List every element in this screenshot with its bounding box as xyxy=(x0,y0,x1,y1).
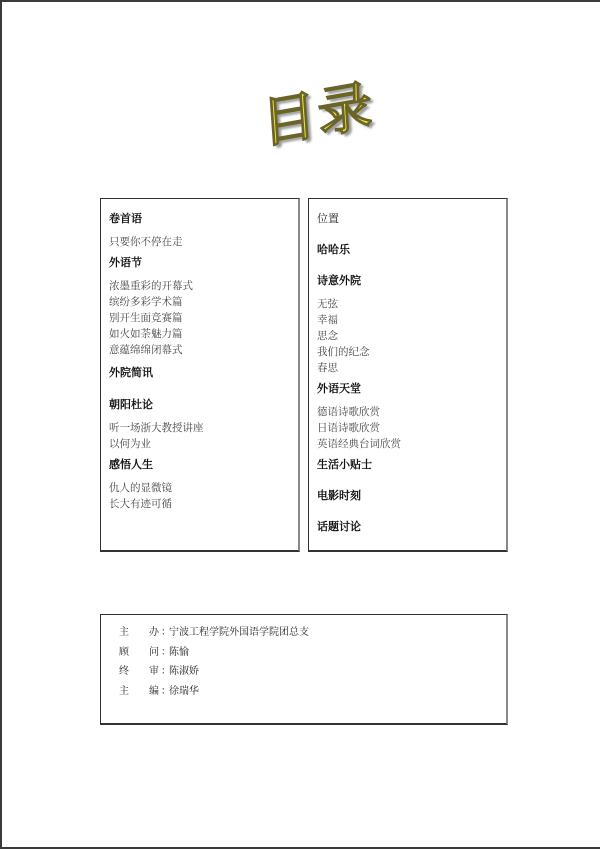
toc-section: 卷首语 只要你不停在走 xyxy=(109,211,204,250)
toc-item: 缤纷多彩学术篇 xyxy=(109,294,204,310)
toc-item: 长大有迹可循 xyxy=(109,496,204,512)
staff-value: 陈淑娇 xyxy=(169,662,199,682)
toc-item: 思念 xyxy=(317,328,401,344)
colon: ： xyxy=(161,662,169,682)
section-heading: 话题讨论 xyxy=(317,519,401,535)
staff-role-char: 审 xyxy=(149,662,161,682)
toc-section: 感悟人生 仇人的显微镜 长大有迹可循 xyxy=(109,457,204,512)
toc-item: 仇人的显微镜 xyxy=(109,480,204,496)
colon: ： xyxy=(161,623,169,643)
toc-item: 无弦 xyxy=(317,296,401,312)
staff-role-char: 编 xyxy=(149,682,161,702)
toc-item: 德语诗歌欣赏 xyxy=(317,404,401,420)
toc-section: 生活小贴士 xyxy=(317,457,401,473)
staff-value: 陈愉 xyxy=(169,643,189,663)
staff-role-char: 主 xyxy=(119,623,149,643)
toc-section: 哈哈乐 xyxy=(317,242,401,258)
staff-credits-box: 主 办 ： 宁波工程学院外国语学院团总支 顾 问 ： 陈愉 终 审 ： 陈淑娇 … xyxy=(100,614,508,725)
section-heading: 位置 xyxy=(317,211,401,227)
toc-item: 以何为业 xyxy=(109,436,204,452)
section-heading: 诗意外院 xyxy=(317,273,401,289)
toc-item: 春思 xyxy=(317,360,401,376)
toc-left-box: 卷首语 只要你不停在走 外语节 浓墨重彩的开幕式 缤纷多彩学术篇 别开生面竞赛篇… xyxy=(100,198,300,552)
toc-left-column: 卷首语 只要你不停在走 外语节 浓墨重彩的开幕式 缤纷多彩学术篇 别开生面竞赛篇… xyxy=(109,211,204,512)
staff-row-editor: 主 编 ： 徐瑞华 xyxy=(119,682,309,702)
toc-section: 话题讨论 xyxy=(317,519,401,535)
staff-row-sponsor: 主 办 ： 宁波工程学院外国语学院团总支 xyxy=(119,623,309,643)
toc-section: 外院简讯 xyxy=(109,365,204,381)
toc-section: 外语天堂 德语诗歌欣赏 日语诗歌欣赏 英语经典台词欣赏 xyxy=(317,381,401,452)
staff-value: 徐瑞华 xyxy=(169,682,199,702)
toc-item: 听一场浙大教授讲座 xyxy=(109,420,204,436)
section-heading: 生活小贴士 xyxy=(317,457,401,473)
toc-right-column: 位置 哈哈乐 诗意外院 无弦 幸福 思念 我们的纪念 春思 外语天堂 德语诗歌欣… xyxy=(317,211,401,535)
toc-item: 英语经典台词欣赏 xyxy=(317,436,401,452)
section-heading: 感悟人生 xyxy=(109,457,204,473)
toc-item: 幸福 xyxy=(317,312,401,328)
staff-role-char: 主 xyxy=(119,682,149,702)
staff-role-char: 办 xyxy=(149,623,161,643)
toc-item: 只要你不停在走 xyxy=(109,234,204,250)
toc-section: 朝阳杜论 听一场浙大教授讲座 以何为业 xyxy=(109,397,204,452)
staff-row-final-review: 终 审 ： 陈淑娇 xyxy=(119,662,309,682)
toc-item: 我们的纪念 xyxy=(317,344,401,360)
staff-role-char: 顾 xyxy=(119,643,149,663)
section-heading: 朝阳杜论 xyxy=(109,397,204,413)
colon: ： xyxy=(161,643,169,663)
toc-right-box: 位置 哈哈乐 诗意外院 无弦 幸福 思念 我们的纪念 春思 外语天堂 德语诗歌欣… xyxy=(308,198,508,552)
toc-item: 别开生面竞赛篇 xyxy=(109,310,204,326)
staff-role-char: 问 xyxy=(149,643,161,663)
toc-item: 浓墨重彩的开幕式 xyxy=(109,278,204,294)
staff-role-char: 终 xyxy=(119,662,149,682)
colon: ： xyxy=(161,682,169,702)
toc-item: 日语诗歌欣赏 xyxy=(317,420,401,436)
staff-value: 宁波工程学院外国语学院团总支 xyxy=(169,623,309,643)
section-heading: 哈哈乐 xyxy=(317,242,401,258)
toc-item: 如火如荼魅力篇 xyxy=(109,326,204,342)
section-heading: 外语节 xyxy=(109,255,204,271)
section-heading: 卷首语 xyxy=(109,211,204,227)
section-heading: 电影时刻 xyxy=(317,488,401,504)
toc-section: 诗意外院 无弦 幸福 思念 我们的纪念 春思 xyxy=(317,273,401,376)
toc-section: 电影时刻 xyxy=(317,488,401,504)
staff-row-advisor: 顾 问 ： 陈愉 xyxy=(119,643,309,663)
staff-list: 主 办 ： 宁波工程学院外国语学院团总支 顾 问 ： 陈愉 终 审 ： 陈淑娇 … xyxy=(119,623,309,701)
section-heading: 外院简讯 xyxy=(109,365,204,381)
toc-section: 外语节 浓墨重彩的开幕式 缤纷多彩学术篇 别开生面竞赛篇 如火如荼魅力篇 意蕴绵… xyxy=(109,255,204,358)
toc-section: 位置 xyxy=(317,211,401,227)
section-heading: 外语天堂 xyxy=(317,381,401,397)
toc-item: 意蕴绵绵闭幕式 xyxy=(109,342,204,358)
